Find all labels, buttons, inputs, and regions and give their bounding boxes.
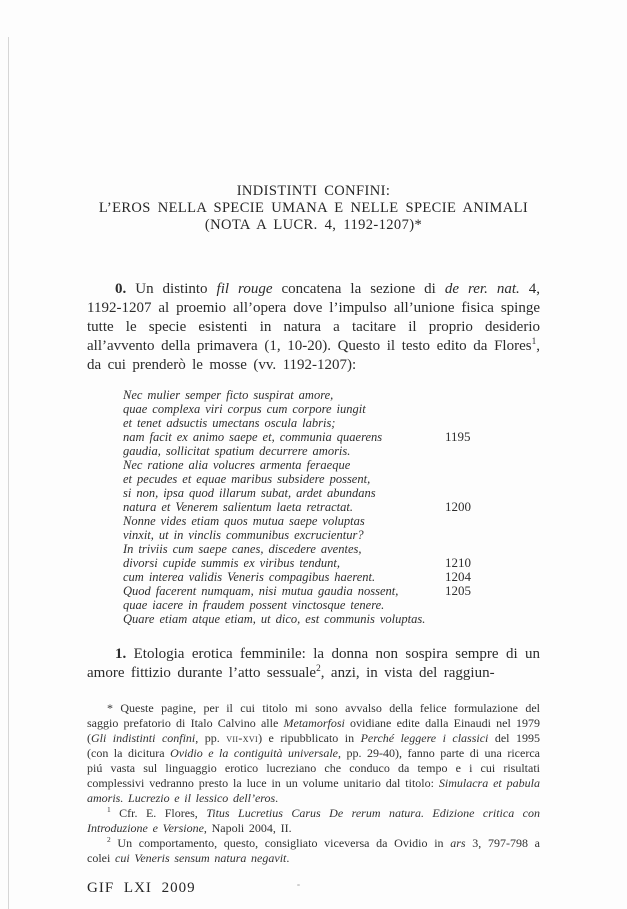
verse-line-text: Nonne vides etiam quos mutua saepe volup… <box>123 514 445 528</box>
footnote-1: 1 Cfr. E. Flores, Titus Lucretius Carus … <box>87 806 540 836</box>
page-content: INDISTINTI CONFINI: L’EROS NELLA SPECIE … <box>87 0 540 897</box>
verse-line-number <box>445 416 475 430</box>
verse-line: vinxit, ut in vinclis communibus excruci… <box>123 528 475 542</box>
verse-line-number <box>445 528 475 542</box>
verse-line: quae iacere in fraudem possent vinctosqu… <box>123 598 475 612</box>
article-title-line-3: (NOTA A LUCR. 4, 1192-1207)* <box>87 217 540 234</box>
verse-line: Quod facerent numquam, nisi mutua gaudia… <box>123 584 475 598</box>
verse-line-text: Nec ratione alia volucres armenta feraeq… <box>123 458 445 472</box>
article-title: INDISTINTI CONFINI: L’EROS NELLA SPECIE … <box>87 0 540 234</box>
latin-verse-quotation: Nec mulier semper ficto suspirat amore, … <box>123 388 475 626</box>
verse-line-number <box>445 542 475 556</box>
journal-footer: GIF LXI 2009 <box>87 880 540 897</box>
verse-line-number <box>445 458 475 472</box>
verse-line-text: et pecudes et equae maribus subsidere po… <box>123 472 445 486</box>
verse-line-number <box>445 388 475 402</box>
verse-line-number: 1200 <box>445 500 475 514</box>
verse-line-text: cum interea validis Veneris compagibus h… <box>123 570 445 584</box>
verse-line-text: et tenet adsuctis umectans oscula labris… <box>123 416 445 430</box>
paragraph-0: 0. Un distinto fil rouge concatena la se… <box>87 280 540 375</box>
verse-line-number <box>445 486 475 500</box>
article-title-line-1: INDISTINTI CONFINI: <box>87 183 540 200</box>
verse-line-text: nam facit ex animo saepe et, communia qu… <box>123 430 445 444</box>
verse-line-number: 1205 <box>445 584 475 598</box>
verse-line: Nec ratione alia volucres armenta feraeq… <box>123 458 475 472</box>
verse-line: et tenet adsuctis umectans oscula labris… <box>123 416 475 430</box>
verse-line: Nonne vides etiam quos mutua saepe volup… <box>123 514 475 528</box>
verse-line-text: divorsi cupide summis ex viribus tendunt… <box>123 556 445 570</box>
verse-line-number <box>445 444 475 458</box>
verse-line-number: 1195 <box>445 430 475 444</box>
verse-line-number <box>445 598 475 612</box>
verse-line-text: gaudia, sollicitat spatium decurrere amo… <box>123 444 445 458</box>
verse-line: natura et Venerem salientum laeta retrac… <box>123 500 475 514</box>
verse-line: divorsi cupide summis ex viribus tendunt… <box>123 556 475 570</box>
verse-line-number <box>445 472 475 486</box>
verse-line: In triviis cum saepe canes, discedere av… <box>123 542 475 556</box>
verse-line: Nec mulier semper ficto suspirat amore, <box>123 388 475 402</box>
scan-edge-artifact <box>8 37 9 909</box>
footnote-2: 2 Un comportamento, questo, consigliato … <box>87 836 540 866</box>
scanned-paper-page: INDISTINTI CONFINI: L’EROS NELLA SPECIE … <box>0 0 627 909</box>
verse-line-number: 1204 <box>445 570 475 584</box>
verse-line-number <box>445 612 475 626</box>
verse-line: cum interea validis Veneris compagibus h… <box>123 570 475 584</box>
verse-line: Quare etiam atque etiam, ut dico, est co… <box>123 612 475 626</box>
verse-line: gaudia, sollicitat spatium decurrere amo… <box>123 444 475 458</box>
verse-line-number: 1210 <box>445 556 475 570</box>
verse-line: et pecudes et equae maribus subsidere po… <box>123 472 475 486</box>
verse-line-text: quae complexa viri corpus cum corpore iu… <box>123 402 445 416</box>
verse-line-number <box>445 402 475 416</box>
paragraph-1: 1. Etologia erotica femminile: la donna … <box>87 645 540 683</box>
verse-line: quae complexa viri corpus cum corpore iu… <box>123 402 475 416</box>
verse-line-text: Quod facerent numquam, nisi mutua gaudia… <box>123 584 445 598</box>
verse-line-number <box>445 514 475 528</box>
footnote-star: * Queste pagine, per il cui titolo mi so… <box>87 701 540 806</box>
article-title-line-2: L’EROS NELLA SPECIE UMANA E NELLE SPECIE… <box>87 200 540 217</box>
footnotes-block: * Queste pagine, per il cui titolo mi so… <box>87 701 540 866</box>
verse-line-text: Nec mulier semper ficto suspirat amore, <box>123 388 445 402</box>
verse-line: si non, ipsa quod illarum subat, ardet a… <box>123 486 475 500</box>
verse-line-text: vinxit, ut in vinclis communibus excruci… <box>123 528 445 542</box>
verse-line-text: natura et Venerem salientum laeta retrac… <box>123 500 445 514</box>
verse-line-text: Quare etiam atque etiam, ut dico, est co… <box>123 612 445 626</box>
verse-line: nam facit ex animo saepe et, communia qu… <box>123 430 475 444</box>
verse-line-text: In triviis cum saepe canes, discedere av… <box>123 542 445 556</box>
verse-line-text: quae iacere in fraudem possent vinctosqu… <box>123 598 445 612</box>
verse-line-text: si non, ipsa quod illarum subat, ardet a… <box>123 486 445 500</box>
